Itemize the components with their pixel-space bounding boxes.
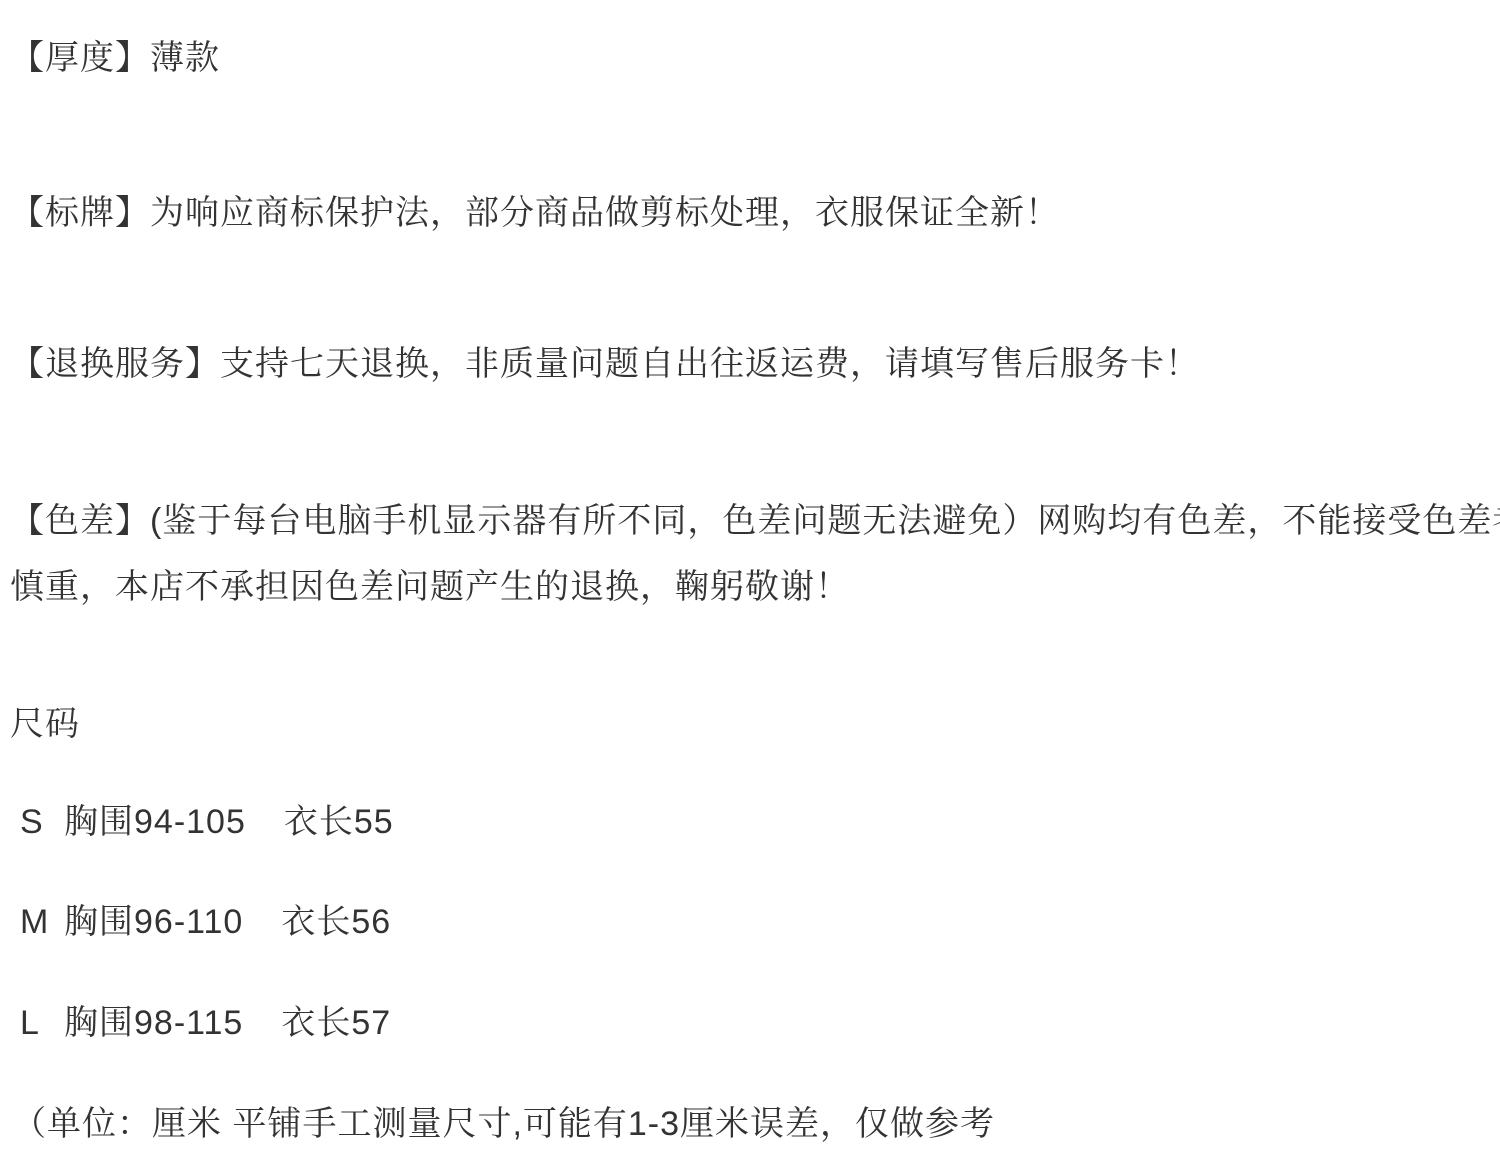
brand-label-note: 【标牌】为响应商标保护法，部分商品做剪标处理，衣服保证全新！ bbox=[10, 185, 1060, 234]
color-difference-line-2: 慎重，本店不承担因色差问题产生的退换，鞠躬敬谢！ bbox=[10, 554, 1500, 620]
size-row-s: S 胸围94-105 衣长55 bbox=[20, 794, 394, 843]
size-chart-title: 尺码 bbox=[10, 696, 80, 745]
size-row-m: M 胸围96-110 衣长56 bbox=[20, 894, 391, 943]
size-bust: 胸围94-105 bbox=[64, 794, 246, 843]
product-description-page: 【厚度】薄款 【标牌】为响应商标保护法，部分商品做剪标处理，衣服保证全新！ 【退… bbox=[0, 0, 1500, 1166]
size-length: 衣长56 bbox=[281, 894, 391, 943]
color-difference-line-1: 【色差】(鉴于每台电脑手机显示器有所不同，色差问题无法避免）网购均有色差，不能接… bbox=[10, 488, 1500, 554]
size-label: L bbox=[20, 1004, 50, 1043]
size-label: M bbox=[20, 903, 50, 942]
size-bust: 胸围96-110 bbox=[64, 894, 243, 943]
measurement-unit-note: （单位：厘米 平铺手工测量尺寸,可能有1-3厘米误差，仅做参考 bbox=[12, 1096, 995, 1145]
return-policy-note: 【退换服务】支持七天退换，非质量问题自出往返运费，请填写售后服务卡！ bbox=[10, 336, 1200, 385]
size-bust: 胸围98-115 bbox=[64, 995, 243, 1044]
thickness-note: 【厚度】薄款 bbox=[10, 30, 220, 79]
size-length: 衣长55 bbox=[284, 794, 394, 843]
size-length: 衣长57 bbox=[281, 995, 391, 1044]
color-difference-note: 【色差】(鉴于每台电脑手机显示器有所不同，色差问题无法避免）网购均有色差，不能接… bbox=[10, 488, 1500, 620]
size-row-l: L 胸围98-115 衣长57 bbox=[20, 995, 391, 1044]
size-label: S bbox=[20, 803, 50, 842]
